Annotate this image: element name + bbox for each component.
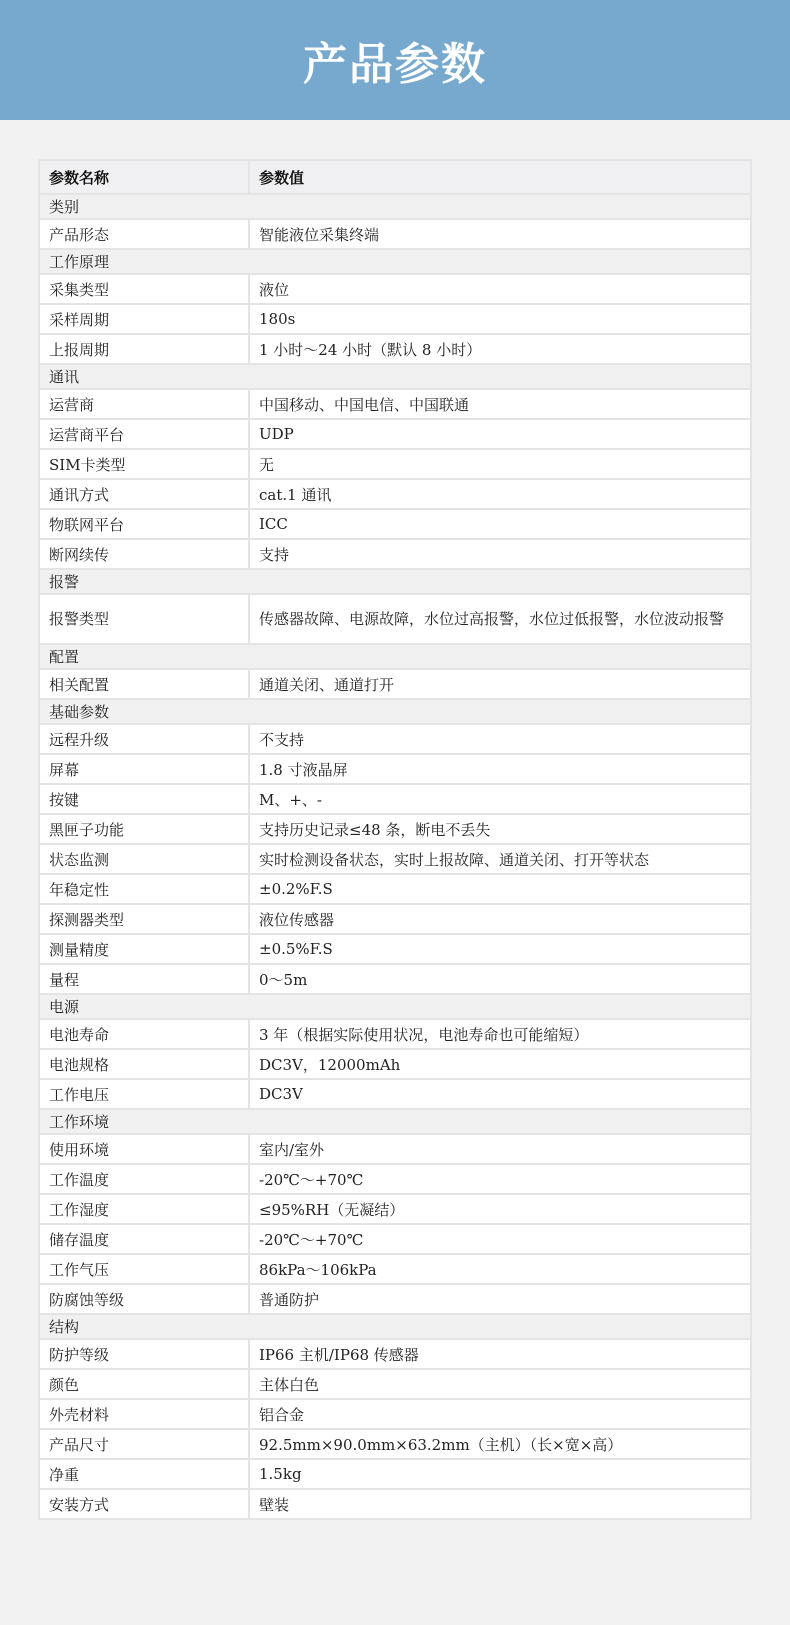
section-label: 工作环境 (39, 1109, 751, 1134)
spec-table-body: 类别产品形态智能液位采集终端工作原理采集类型液位采样周期180s上报周期1 小时… (39, 194, 751, 1519)
param-name: 产品形态 (39, 219, 249, 249)
param-name: 量程 (39, 964, 249, 994)
param-name: 通讯方式 (39, 479, 249, 509)
table-row: 安装方式壁装 (39, 1489, 751, 1519)
param-name: 防护等级 (39, 1339, 249, 1369)
param-value: UDP (249, 419, 751, 449)
param-value: 传感器故障、电源故障，水位过高报警，水位过低报警，水位波动报警 (249, 594, 751, 644)
param-value: 通道关闭、通道打开 (249, 669, 751, 699)
param-value: 室内/室外 (249, 1134, 751, 1164)
section-label: 基础参数 (39, 699, 751, 724)
param-name: 产品尺寸 (39, 1429, 249, 1459)
param-value: 无 (249, 449, 751, 479)
param-value: 支持 (249, 539, 751, 569)
param-name: 工作电压 (39, 1079, 249, 1109)
table-row: 工作湿度≤95%RH（无凝结） (39, 1194, 751, 1224)
param-name: 颜色 (39, 1369, 249, 1399)
section-row: 类别 (39, 194, 751, 219)
param-name: 防腐蚀等级 (39, 1284, 249, 1314)
table-row: 产品尺寸92.5mm×90.0mm×63.2mm（主机）（长×宽×高） (39, 1429, 751, 1459)
param-value: 主体白色 (249, 1369, 751, 1399)
param-value: cat.1 通讯 (249, 479, 751, 509)
param-name: 探测器类型 (39, 904, 249, 934)
param-value: DC3V，12000mAh (249, 1049, 751, 1079)
param-value: 不支持 (249, 724, 751, 754)
page-title: 产品参数 (303, 28, 487, 92)
table-row: 黑匣子功能支持历史记录≤48 条，断电不丢失 (39, 814, 751, 844)
param-value: 液位 (249, 274, 751, 304)
param-value: 92.5mm×90.0mm×63.2mm（主机）（长×宽×高） (249, 1429, 751, 1459)
section-row: 结构 (39, 1314, 751, 1339)
table-row: 净重1.5kg (39, 1459, 751, 1489)
param-value: 壁装 (249, 1489, 751, 1519)
param-value: 普通防护 (249, 1284, 751, 1314)
table-row: 物联网平台ICC (39, 509, 751, 539)
table-row: 颜色主体白色 (39, 1369, 751, 1399)
param-name: 按键 (39, 784, 249, 814)
param-value: 支持历史记录≤48 条，断电不丢失 (249, 814, 751, 844)
param-name: 黑匣子功能 (39, 814, 249, 844)
param-value: ≤95%RH（无凝结） (249, 1194, 751, 1224)
title-banner: 产品参数 (0, 0, 790, 120)
table-row: 年稳定性±0.2%F.S (39, 874, 751, 904)
param-name: 工作温度 (39, 1164, 249, 1194)
spec-table: 参数名称 参数值 类别产品形态智能液位采集终端工作原理采集类型液位采样周期180… (38, 159, 752, 1520)
table-row: 按键M、+、- (39, 784, 751, 814)
section-label: 电源 (39, 994, 751, 1019)
table-row: 产品形态智能液位采集终端 (39, 219, 751, 249)
param-value: M、+、- (249, 784, 751, 814)
param-value: ±0.5%F.S (249, 934, 751, 964)
param-value: ICC (249, 509, 751, 539)
table-row: 防腐蚀等级普通防护 (39, 1284, 751, 1314)
table-row: 工作电压DC3V (39, 1079, 751, 1109)
table-row: 电池规格DC3V，12000mAh (39, 1049, 751, 1079)
param-name: 状态监测 (39, 844, 249, 874)
param-value: 1 小时～24 小时（默认 8 小时） (249, 334, 751, 364)
section-label: 结构 (39, 1314, 751, 1339)
param-value: 0～5m (249, 964, 751, 994)
table-row: 防护等级IP66 主机/IP68 传感器 (39, 1339, 751, 1369)
table-header-row: 参数名称 参数值 (39, 160, 751, 194)
param-name: 采集类型 (39, 274, 249, 304)
table-row: 状态监测实时检测设备状态，实时上报故障、通道关闭、打开等状态 (39, 844, 751, 874)
table-row: 运营商平台UDP (39, 419, 751, 449)
table-row: SIM卡类型无 (39, 449, 751, 479)
table-row: 远程升级不支持 (39, 724, 751, 754)
param-name: 测量精度 (39, 934, 249, 964)
param-name: 储存温度 (39, 1224, 249, 1254)
param-value: 中国移动、中国电信、中国联通 (249, 389, 751, 419)
param-value: -20℃～+70℃ (249, 1164, 751, 1194)
param-name: 电池寿命 (39, 1019, 249, 1049)
section-row: 电源 (39, 994, 751, 1019)
table-row: 报警类型传感器故障、电源故障，水位过高报警，水位过低报警，水位波动报警 (39, 594, 751, 644)
table-row: 储存温度-20℃～+70℃ (39, 1224, 751, 1254)
section-label: 通讯 (39, 364, 751, 389)
param-value: 智能液位采集终端 (249, 219, 751, 249)
param-name: 上报周期 (39, 334, 249, 364)
param-name: 使用环境 (39, 1134, 249, 1164)
param-name: 电池规格 (39, 1049, 249, 1079)
spec-table-container: 参数名称 参数值 类别产品形态智能液位采集终端工作原理采集类型液位采样周期180… (38, 159, 752, 1520)
section-row: 基础参数 (39, 699, 751, 724)
column-header-value: 参数值 (249, 160, 751, 194)
param-name: 工作湿度 (39, 1194, 249, 1224)
section-label: 类别 (39, 194, 751, 219)
table-row: 量程0～5m (39, 964, 751, 994)
param-value: 1.5kg (249, 1459, 751, 1489)
param-name: 安装方式 (39, 1489, 249, 1519)
param-name: 运营商 (39, 389, 249, 419)
param-name: 断网续传 (39, 539, 249, 569)
param-name: 报警类型 (39, 594, 249, 644)
param-name: 物联网平台 (39, 509, 249, 539)
param-name: 相关配置 (39, 669, 249, 699)
table-row: 采集类型液位 (39, 274, 751, 304)
table-row: 运营商中国移动、中国电信、中国联通 (39, 389, 751, 419)
table-row: 电池寿命3 年（根据实际使用状况，电池寿命也可能缩短） (39, 1019, 751, 1049)
param-name: 远程升级 (39, 724, 249, 754)
param-value: 液位传感器 (249, 904, 751, 934)
table-row: 屏幕1.8 寸液晶屏 (39, 754, 751, 784)
table-row: 采样周期180s (39, 304, 751, 334)
table-row: 使用环境室内/室外 (39, 1134, 751, 1164)
section-label: 工作原理 (39, 249, 751, 274)
table-row: 工作温度-20℃～+70℃ (39, 1164, 751, 1194)
param-value: ±0.2%F.S (249, 874, 751, 904)
section-row: 通讯 (39, 364, 751, 389)
param-value: -20℃～+70℃ (249, 1224, 751, 1254)
table-row: 相关配置通道关闭、通道打开 (39, 669, 751, 699)
table-row: 测量精度±0.5%F.S (39, 934, 751, 964)
section-row: 配置 (39, 644, 751, 669)
param-name: SIM卡类型 (39, 449, 249, 479)
param-name: 运营商平台 (39, 419, 249, 449)
table-row: 工作气压86kPa～106kPa (39, 1254, 751, 1284)
section-row: 工作原理 (39, 249, 751, 274)
param-value: IP66 主机/IP68 传感器 (249, 1339, 751, 1369)
section-row: 报警 (39, 569, 751, 594)
param-value: DC3V (249, 1079, 751, 1109)
param-value: 180s (249, 304, 751, 334)
param-value: 86kPa～106kPa (249, 1254, 751, 1284)
param-name: 年稳定性 (39, 874, 249, 904)
section-label: 配置 (39, 644, 751, 669)
param-value: 1.8 寸液晶屏 (249, 754, 751, 784)
param-name: 工作气压 (39, 1254, 249, 1284)
table-row: 通讯方式cat.1 通讯 (39, 479, 751, 509)
param-value: 实时检测设备状态，实时上报故障、通道关闭、打开等状态 (249, 844, 751, 874)
param-name: 屏幕 (39, 754, 249, 784)
column-header-name: 参数名称 (39, 160, 249, 194)
table-row: 断网续传支持 (39, 539, 751, 569)
param-name: 外壳材料 (39, 1399, 249, 1429)
section-label: 报警 (39, 569, 751, 594)
table-row: 上报周期1 小时～24 小时（默认 8 小时） (39, 334, 751, 364)
param-value: 3 年（根据实际使用状况，电池寿命也可能缩短） (249, 1019, 751, 1049)
table-row: 外壳材料铝合金 (39, 1399, 751, 1429)
param-name: 采样周期 (39, 304, 249, 334)
param-name: 净重 (39, 1459, 249, 1489)
section-row: 工作环境 (39, 1109, 751, 1134)
param-value: 铝合金 (249, 1399, 751, 1429)
table-row: 探测器类型液位传感器 (39, 904, 751, 934)
